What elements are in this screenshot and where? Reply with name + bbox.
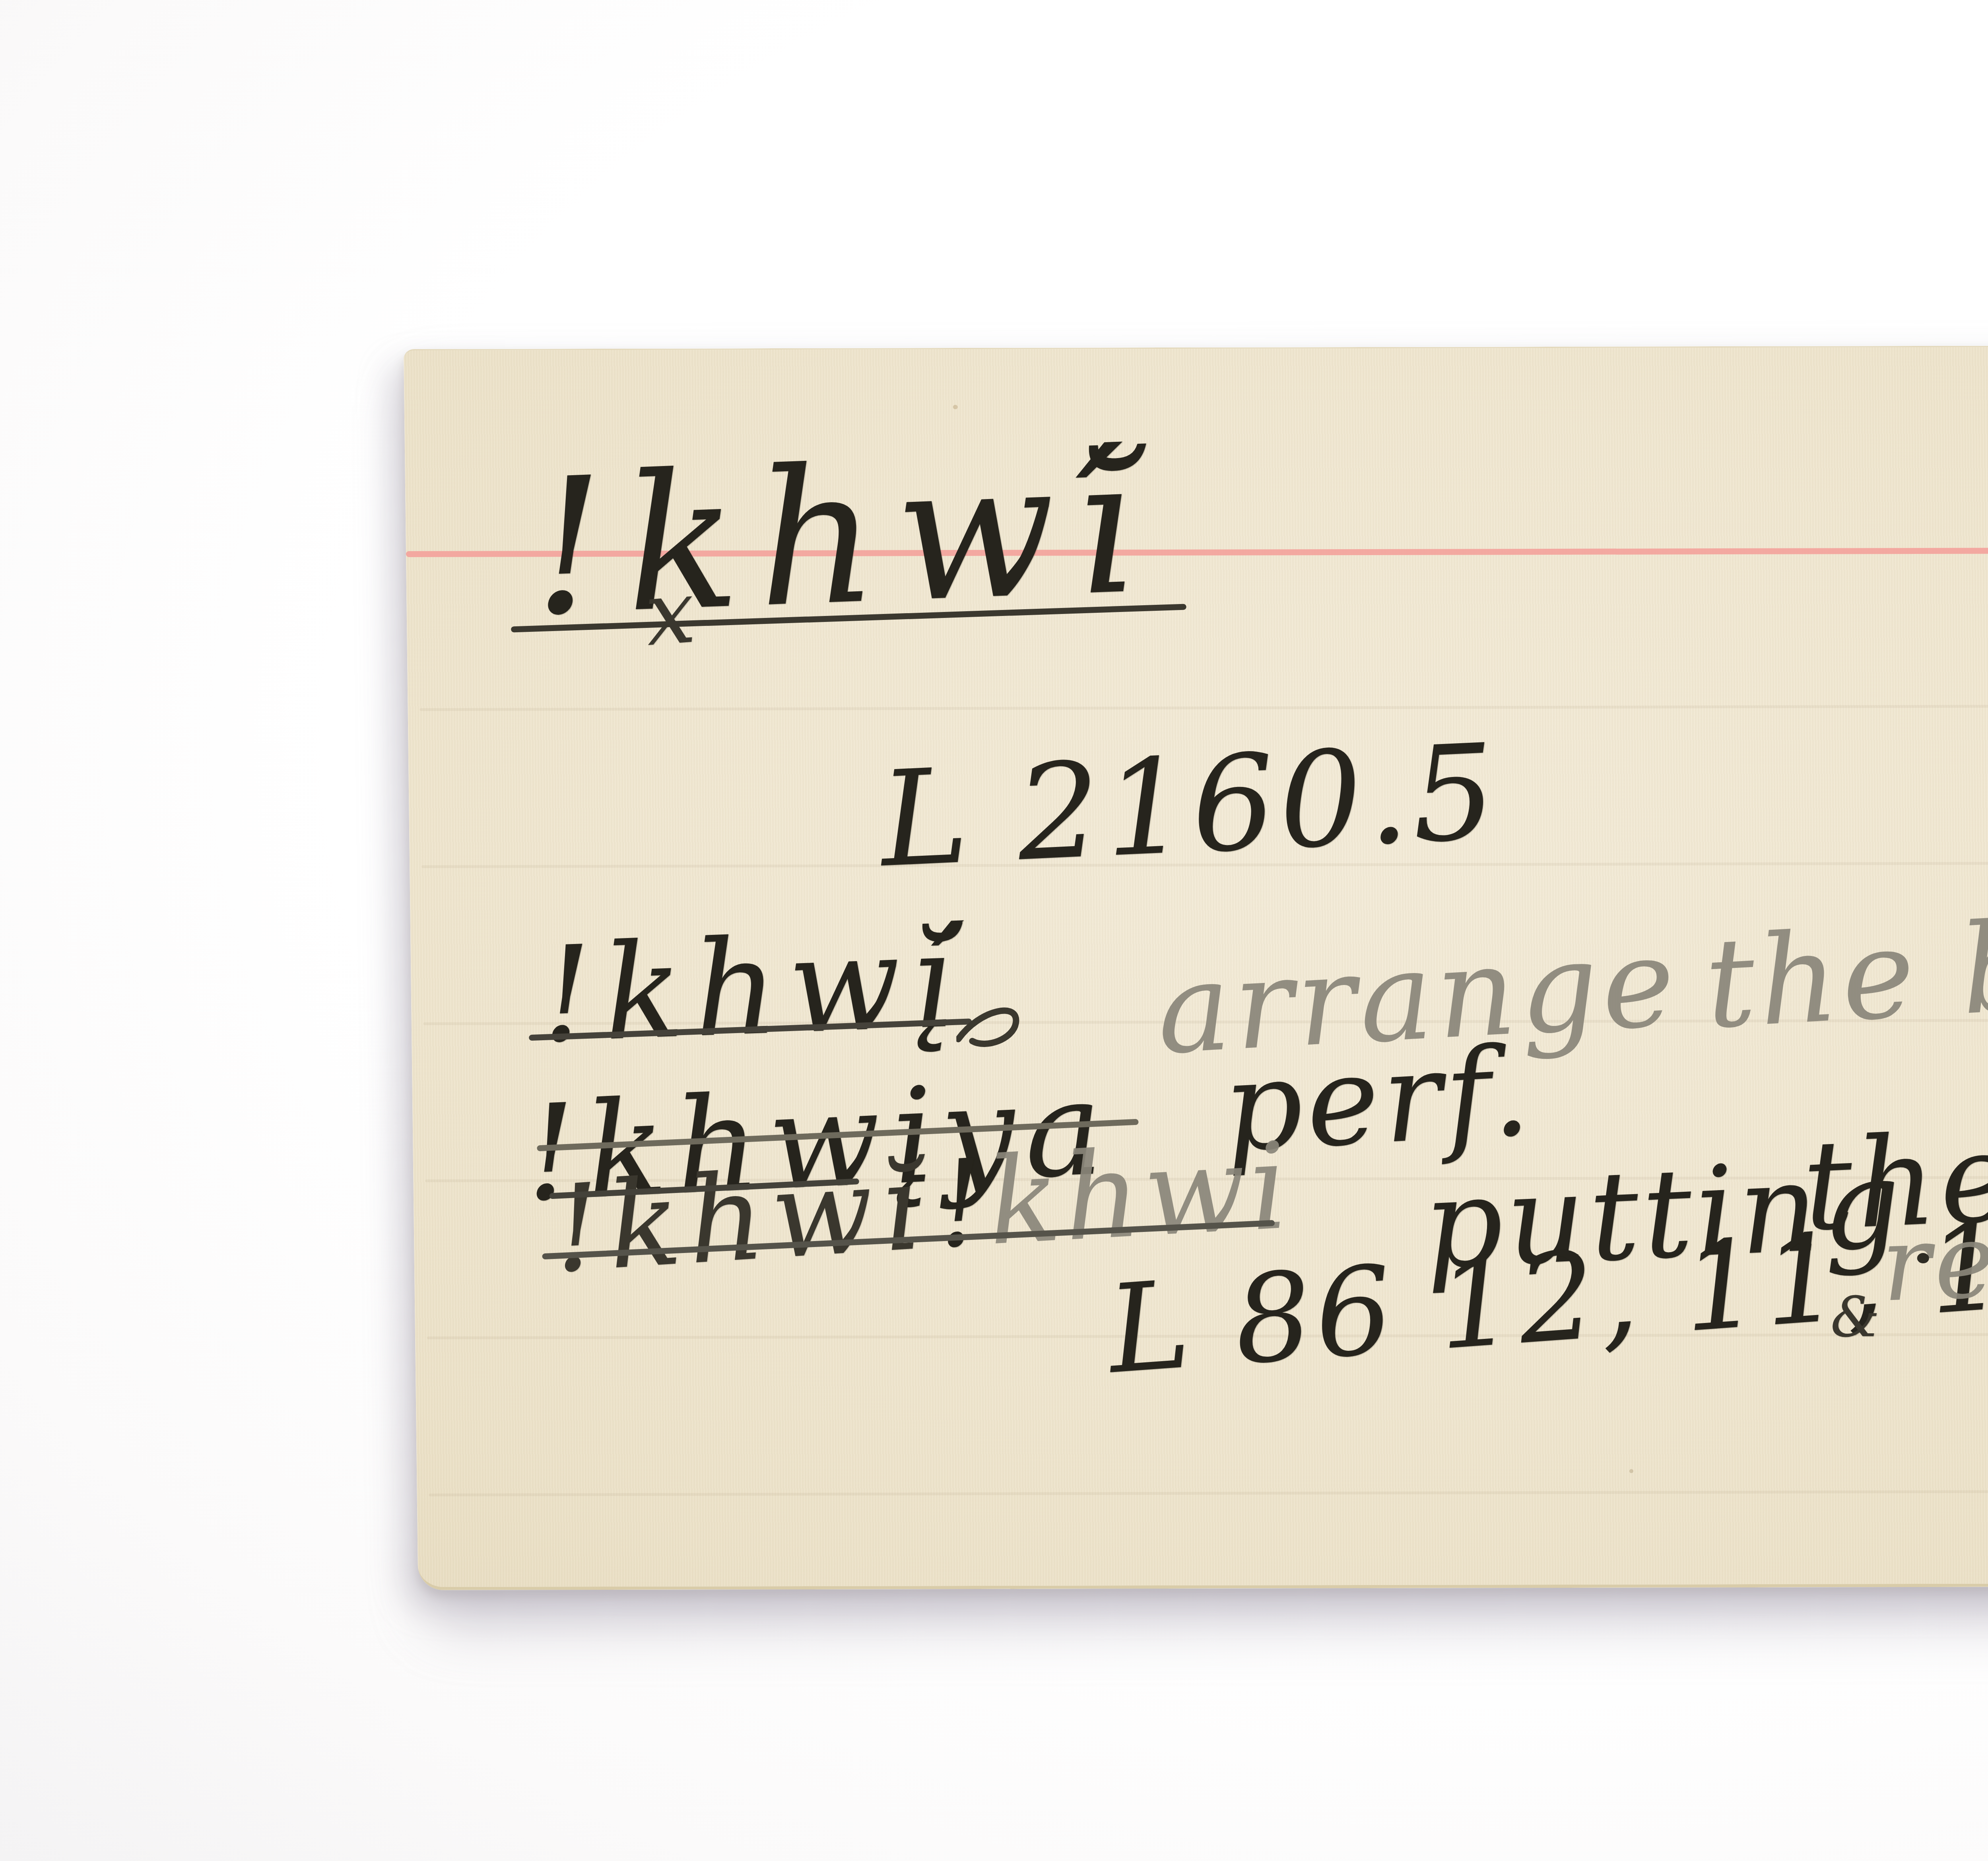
photograph-background: !khwĭ́ x L 2160.5 !khwį̆́ arrange the be…	[0, 0, 1988, 1861]
entry3-struck-term: !khwĭ	[549, 1147, 930, 1290]
citation-ampersand: &	[1830, 1290, 1882, 1345]
underline-curl-flourish	[956, 1001, 1040, 1057]
paper-speck	[1629, 1469, 1633, 1473]
citation-rev-note: rev	[1879, 1207, 1988, 1317]
entry3-term: !khwi	[933, 1127, 1295, 1265]
faint-rule-line	[420, 704, 1988, 711]
entry3-term-rest: khwi	[984, 1117, 1296, 1272]
reference-number: L 2160.5	[877, 726, 1503, 886]
entry1-term: !khwį̆́	[538, 915, 967, 1061]
faint-rule-line	[429, 1489, 1988, 1496]
entry3-term-click: !	[932, 1133, 993, 1275]
headword-variant-mark: x	[642, 567, 701, 659]
paper-speck	[953, 405, 958, 409]
index-card: !khwĭ́ x L 2160.5 !khwį̆́ arrange the be…	[404, 345, 1988, 1590]
entry1-gloss-word2: the bed	[1702, 896, 1988, 1047]
stray-ink-dot	[1917, 1253, 1929, 1263]
